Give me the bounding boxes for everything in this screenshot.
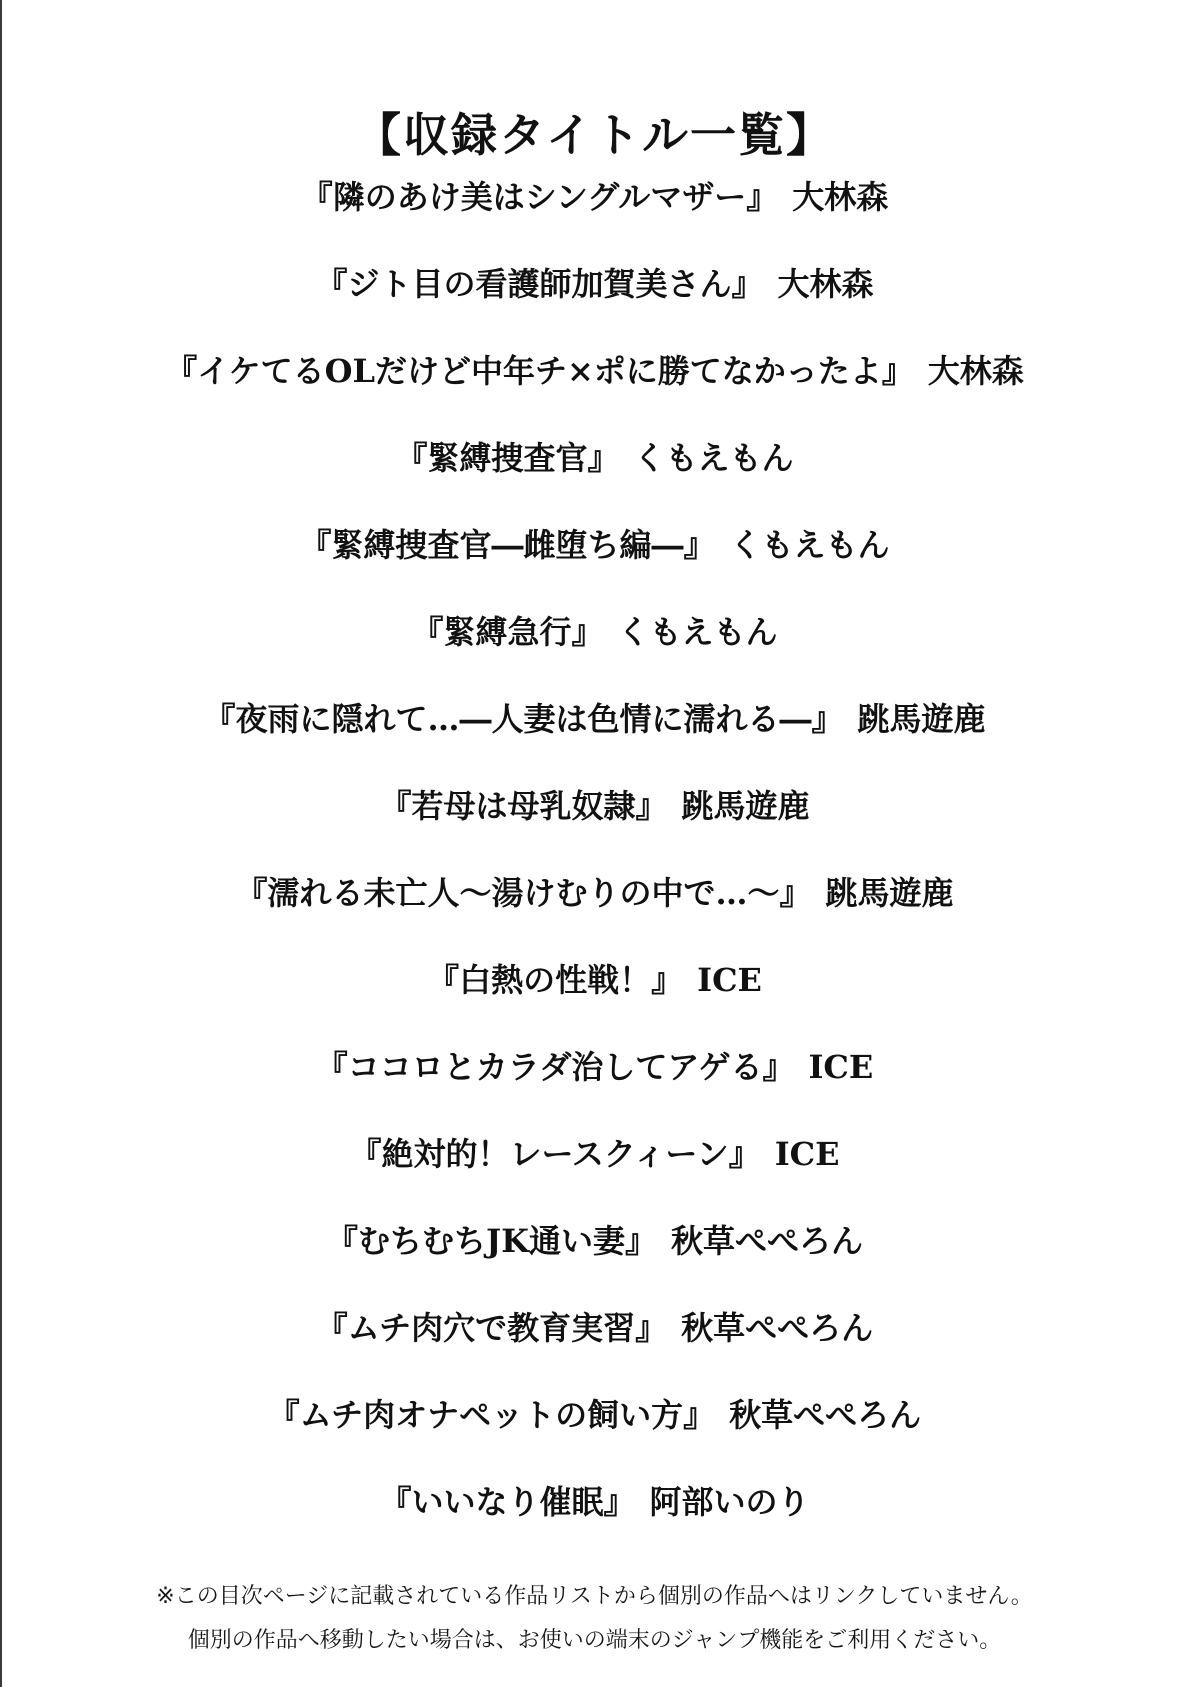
toc-entry-title: 『夜雨に隠れて…―人妻は色情に濡れる―』	[203, 700, 843, 738]
toc-entry: 『ジト目の看護師加賀美さん』大林森	[0, 249, 1189, 336]
toc-entry-title: 『いいなり催眠』	[379, 1483, 635, 1521]
toc-entry-title: 『むちむちJK通い妻』	[326, 1222, 657, 1260]
toc-entry-author: ICE	[808, 1048, 873, 1086]
toc-entry-author: 阿部いのり	[650, 1483, 810, 1521]
toc-entry: 『隣のあけ美はシングルマザー』大林森	[0, 162, 1189, 249]
toc-entry-author: くもえもん	[618, 613, 778, 651]
toc-entry-author: ICE	[697, 961, 762, 999]
table-of-contents-page: 【収録タイトル一覧】 『隣のあけ美はシングルマザー』大林森 『ジト目の看護師加賀…	[0, 0, 1189, 1687]
toc-entry-title: 『白熱の性戦！』	[427, 961, 683, 999]
toc-entry: 『いいなり催眠』阿部いのり	[0, 1467, 1189, 1554]
toc-entry: 『緊縛捜査官―雌堕ち編―』くもえもん	[0, 510, 1189, 597]
toc-entry-title: 『イケてるOLだけど中年チ×ポに勝てなかったよ』	[165, 352, 914, 390]
toc-entry-title: 『絶対的！レースクィーン』	[349, 1135, 760, 1173]
toc-entry: 『濡れる未亡人～湯けむりの中で…～』跳馬遊鹿	[0, 858, 1189, 945]
toc-entry: 『ココロとカラダ治してアゲる』ICE	[0, 1032, 1189, 1119]
toc-entry-author: 秋草ぺぺろん	[681, 1309, 873, 1347]
toc-entry-author: 大林森	[792, 178, 888, 216]
toc-entry: 『絶対的！レースクィーン』ICE	[0, 1119, 1189, 1206]
link-notice-line-2: 個別の作品へ移動したい場合は、お使いの端末のジャンプ機能をご利用ください。	[0, 1619, 1189, 1663]
toc-entry-author: 秋草ぺぺろん	[671, 1222, 863, 1260]
toc-entry-title: 『緊縛捜査官―雌堕ち編―』	[299, 526, 715, 564]
toc-entry: 『白熱の性戦！』ICE	[0, 945, 1189, 1032]
toc-list: 『隣のあけ美はシングルマザー』大林森 『ジト目の看護師加賀美さん』大林森 『イケ…	[0, 162, 1189, 1554]
toc-entry: 『緊縛急行』くもえもん	[0, 597, 1189, 684]
toc-entry-title: 『緊縛捜査官』	[395, 439, 619, 477]
toc-entry-title: 『濡れる未亡人～湯けむりの中で…～』	[235, 874, 811, 912]
toc-entry-author: ICE	[775, 1135, 840, 1173]
page-title: 【収録タイトル一覧】	[0, 103, 1189, 167]
toc-entry-author: 跳馬遊鹿	[682, 787, 810, 825]
toc-entry-title: 『ムチ肉穴で教育実習』	[316, 1309, 667, 1347]
toc-entry-title: 『緊縛急行』	[411, 613, 603, 651]
toc-entry-title: 『ココロとカラダ治してアゲる』	[316, 1048, 795, 1086]
toc-entry-title: 『ジト目の看護師加賀美さん』	[315, 265, 763, 303]
toc-entry-title: 『ムチ肉オナペットの飼い方』	[268, 1396, 715, 1434]
toc-entry-title: 『若母は母乳奴隷』	[379, 787, 667, 825]
toc-entry: 『夜雨に隠れて…―人妻は色情に濡れる―』跳馬遊鹿	[0, 684, 1189, 771]
toc-entry-author: 跳馬遊鹿	[826, 874, 954, 912]
toc-entry-author: 跳馬遊鹿	[858, 700, 986, 738]
toc-entry-title: 『隣のあけ美はシングルマザー』	[301, 178, 779, 216]
toc-entry-author: くもえもん	[730, 526, 890, 564]
toc-entry: 『ムチ肉オナペットの飼い方』秋草ぺぺろん	[0, 1380, 1189, 1467]
toc-entry: 『ムチ肉穴で教育実習』秋草ぺぺろん	[0, 1293, 1189, 1380]
toc-entry: 『緊縛捜査官』くもえもん	[0, 423, 1189, 510]
toc-entry-author: 大林森	[928, 352, 1024, 390]
toc-entry-author: 秋草ぺぺろん	[729, 1396, 921, 1434]
toc-entry-author: 大林森	[778, 265, 874, 303]
toc-entry: 『若母は母乳奴隷』跳馬遊鹿	[0, 771, 1189, 858]
toc-entry: 『むちむちJK通い妻』秋草ぺぺろん	[0, 1206, 1189, 1293]
link-notice-line-1: ※この目次ページに記載されている作品リストから個別の作品へはリンクしていません。	[0, 1575, 1189, 1619]
link-notice: ※この目次ページに記載されている作品リストから個別の作品へはリンクしていません。…	[0, 1575, 1189, 1663]
toc-entry-author: くもえもん	[634, 439, 794, 477]
toc-entry: 『イケてるOLだけど中年チ×ポに勝てなかったよ』大林森	[0, 336, 1189, 423]
